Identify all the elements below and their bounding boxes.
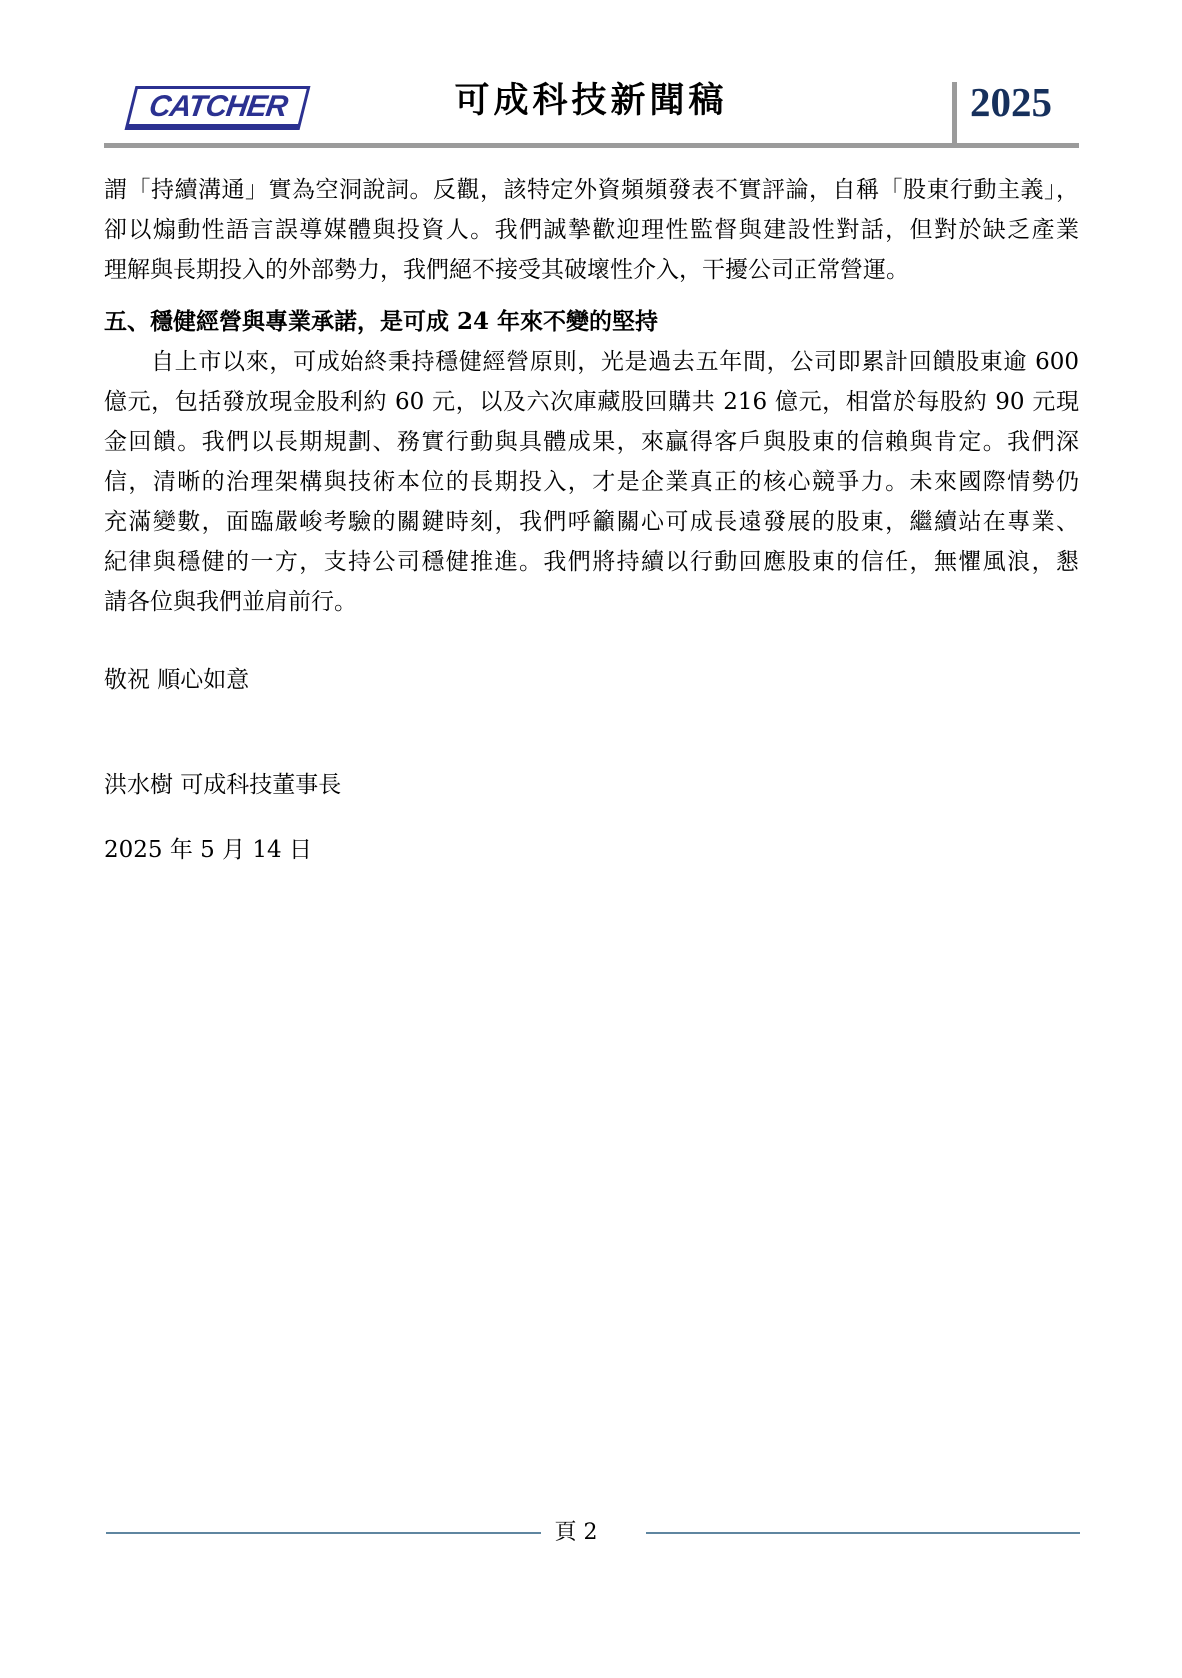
header-vertical-divider: [952, 82, 957, 143]
footer-rule-left: [106, 1532, 541, 1534]
section-heading: 五、穩健經營與專業承諾，是可成 24 年來不變的堅持: [104, 302, 1079, 342]
footer-rule-right: [646, 1532, 1081, 1534]
signature-line: 洪水樹 可成科技董事長: [104, 765, 1079, 805]
header-horizontal-rule: [104, 143, 1079, 148]
page-footer: 頁 2: [106, 1522, 1080, 1544]
closing-salutation: 敬祝 順心如意: [104, 660, 1079, 700]
body-text-line: 請各位與我們並肩前行。: [104, 582, 1079, 622]
body-text-line: 理解與長期投入的外部勢力，我們絕不接受其破壞性介入，干擾公司正常營運。: [104, 250, 1079, 290]
document-body: 謂「持續溝通」實為空洞說詞。反觀，該特定外資頻頻發表不實評論，自稱「股東行動主義…: [104, 170, 1079, 870]
paragraph-continuation: 謂「持續溝通」實為空洞說詞。反觀，該特定外資頻頻發表不實評論，自稱「股東行動主義…: [104, 170, 1079, 290]
date-line: 2025 年 5 月 14 日: [104, 830, 1079, 870]
page-number: 頁 2: [555, 1522, 598, 1544]
press-release-page: CATCHER 可成科技新聞稿 2025 謂「持續溝通」實為空洞說詞。反觀，該特…: [0, 0, 1182, 1678]
body-text-line: 卻以煽動性語言誤導媒體與投資人。我們誠摯歡迎理性監督與建設性對話，但對於缺乏產業: [104, 210, 1079, 250]
body-text-line: 金回饋。我們以長期規劃、務實行動與具體成果，來贏得客戶與股東的信賴與肯定。我們深: [104, 422, 1079, 462]
body-text-line: 紀律與穩健的一方，支持公司穩健推進。我們將持續以行動回應股東的信任，無懼風浪，懇: [104, 542, 1079, 582]
year-label: 2025: [970, 82, 1052, 123]
body-text-line: 謂「持續溝通」實為空洞說詞。反觀，該特定外資頻頻發表不實評論，自稱「股東行動主義…: [104, 170, 1079, 210]
body-text-line: 充滿變數，面臨嚴峻考驗的關鍵時刻，我們呼籲關心可成長遠發展的股東，繼續站在專業、: [104, 502, 1079, 542]
document-title: 可成科技新聞稿: [104, 80, 1078, 122]
body-text-line: 信，清晰的治理架構與技術本位的長期投入，才是企業真正的核心競爭力。未來國際情勢仍: [104, 462, 1079, 502]
body-text-line: 自上市以來，可成始終秉持穩健經營原則，光是過去五年間，公司即累計回饋股東逾 60…: [104, 342, 1079, 382]
page-header: CATCHER 可成科技新聞稿 2025: [0, 0, 1182, 150]
body-text-line: 億元，包括發放現金股利約 60 元，以及六次庫藏股回購共 216 億元，相當於每…: [104, 382, 1079, 422]
paragraph-section-five: 自上市以來，可成始終秉持穩健經營原則，光是過去五年間，公司即累計回饋股東逾 60…: [104, 342, 1079, 622]
